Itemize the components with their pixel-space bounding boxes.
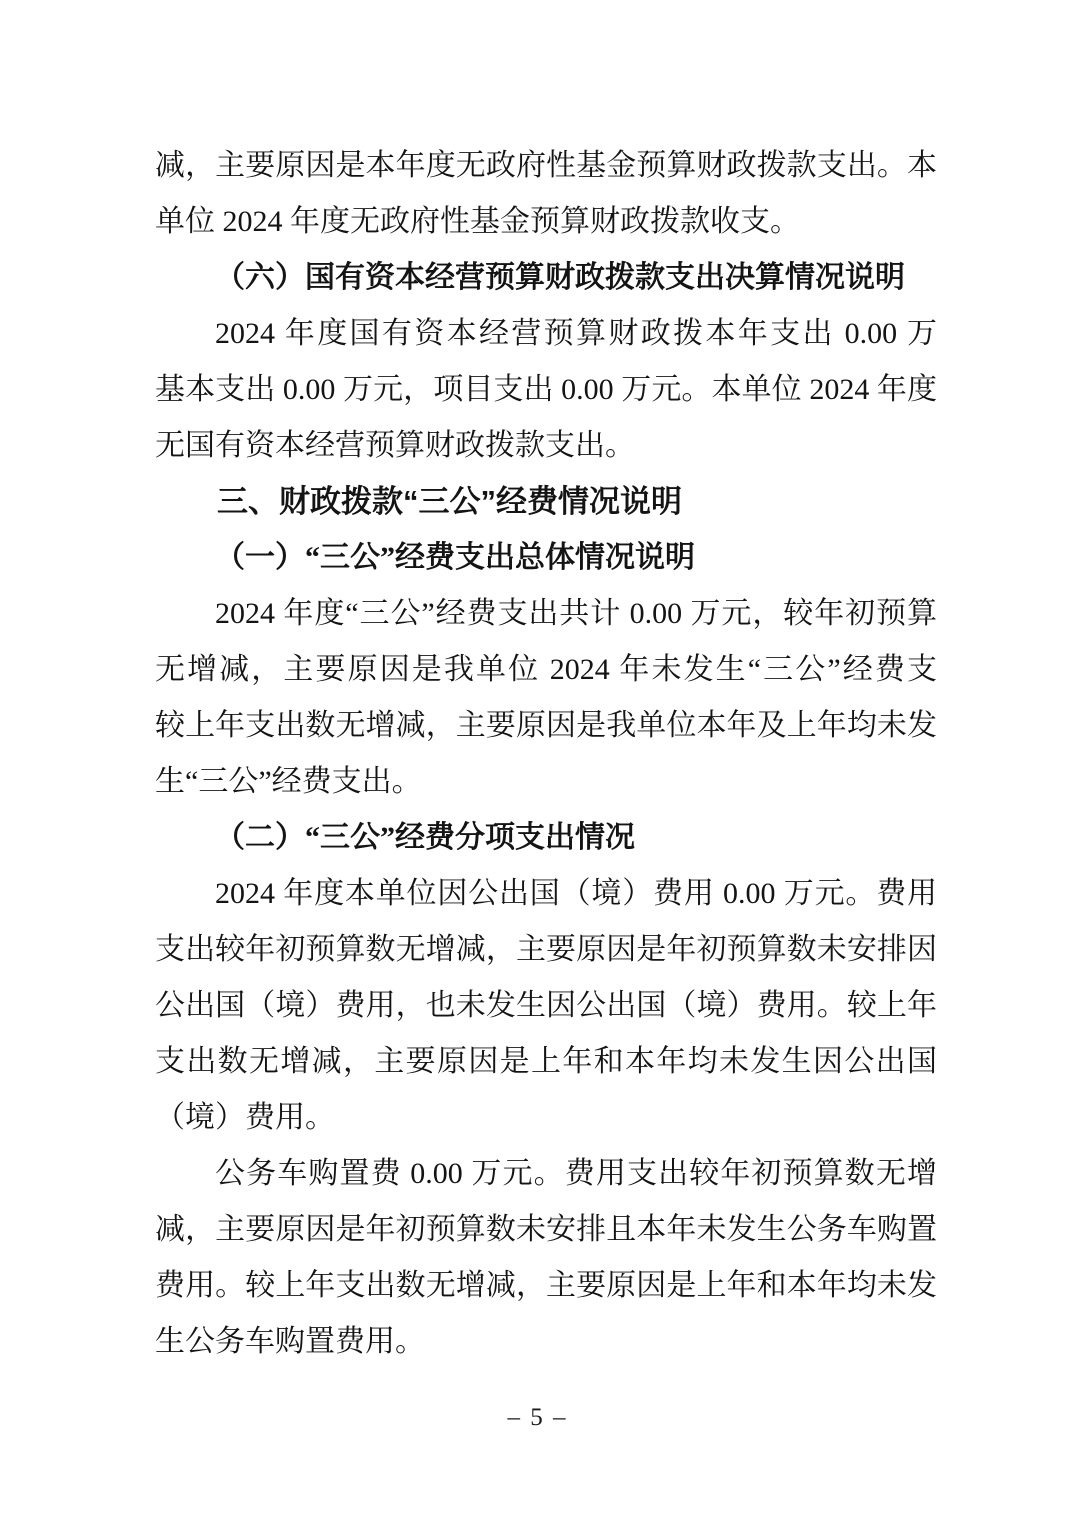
- text-line: 公出国（境）费用，也未发生因公出国（境）费用。较上年: [155, 978, 937, 1034]
- text-line: 2024 年度“三公”经费支出共计 0.00 万元，较年初预算数: [155, 586, 937, 642]
- text-line: （六）国有资本经营预算财政拨款支出决算情况说明: [155, 250, 937, 306]
- text-line: （一）“三公”经费支出总体情况说明: [155, 530, 937, 586]
- text-line: 基本支出 0.00 万元，项目支出 0.00 万元。本单位 2024 年度: [155, 362, 937, 418]
- text-line: 公务车购置费 0.00 万元。费用支出较年初预算数无增: [155, 1146, 937, 1202]
- document-page: 减，主要原因是本年度无政府性基金预算财政拨款支出。本单位 2024 年度无政府性…: [0, 0, 1075, 1520]
- text-line: 减，主要原因是本年度无政府性基金预算财政拨款支出。本: [155, 138, 937, 194]
- text-line: 2024 年度本单位因公出国（境）费用 0.00 万元。费用: [155, 866, 937, 922]
- text-line: 三、财政拨款“三公”经费情况说明: [155, 474, 937, 530]
- text-line: （境）费用。: [155, 1090, 937, 1146]
- text-line: 无增减，主要原因是我单位 2024 年未发生“三公”经费支出。: [155, 642, 937, 698]
- document-body: 减，主要原因是本年度无政府性基金预算财政拨款支出。本单位 2024 年度无政府性…: [155, 138, 937, 1370]
- text-line: 费用。较上年支出数无增减，主要原因是上年和本年均未发: [155, 1258, 937, 1314]
- page-footer: – 5 –: [0, 1404, 1075, 1432]
- text-line: 生“三公”经费支出。: [155, 754, 937, 810]
- text-line: 单位 2024 年度无政府性基金预算财政拨款收支。: [155, 194, 937, 250]
- text-line: 2024 年度国有资本经营预算财政拨本年支出 0.00 万元，: [155, 306, 937, 362]
- text-line: 较上年支出数无增减，主要原因是我单位本年及上年均未发: [155, 698, 937, 754]
- text-line: 生公务车购置费用。: [155, 1314, 937, 1370]
- page-number: – 5 –: [508, 1404, 568, 1431]
- text-line: 支出较年初预算数无增减，主要原因是年初预算数未安排因: [155, 922, 937, 978]
- text-line: 支出数无增减，主要原因是上年和本年均未发生因公出国: [155, 1034, 937, 1090]
- text-line: 减，主要原因是年初预算数未安排且本年未发生公务车购置: [155, 1202, 937, 1258]
- text-line: 无国有资本经营预算财政拨款支出。: [155, 418, 937, 474]
- text-line: （二）“三公”经费分项支出情况: [155, 810, 937, 866]
